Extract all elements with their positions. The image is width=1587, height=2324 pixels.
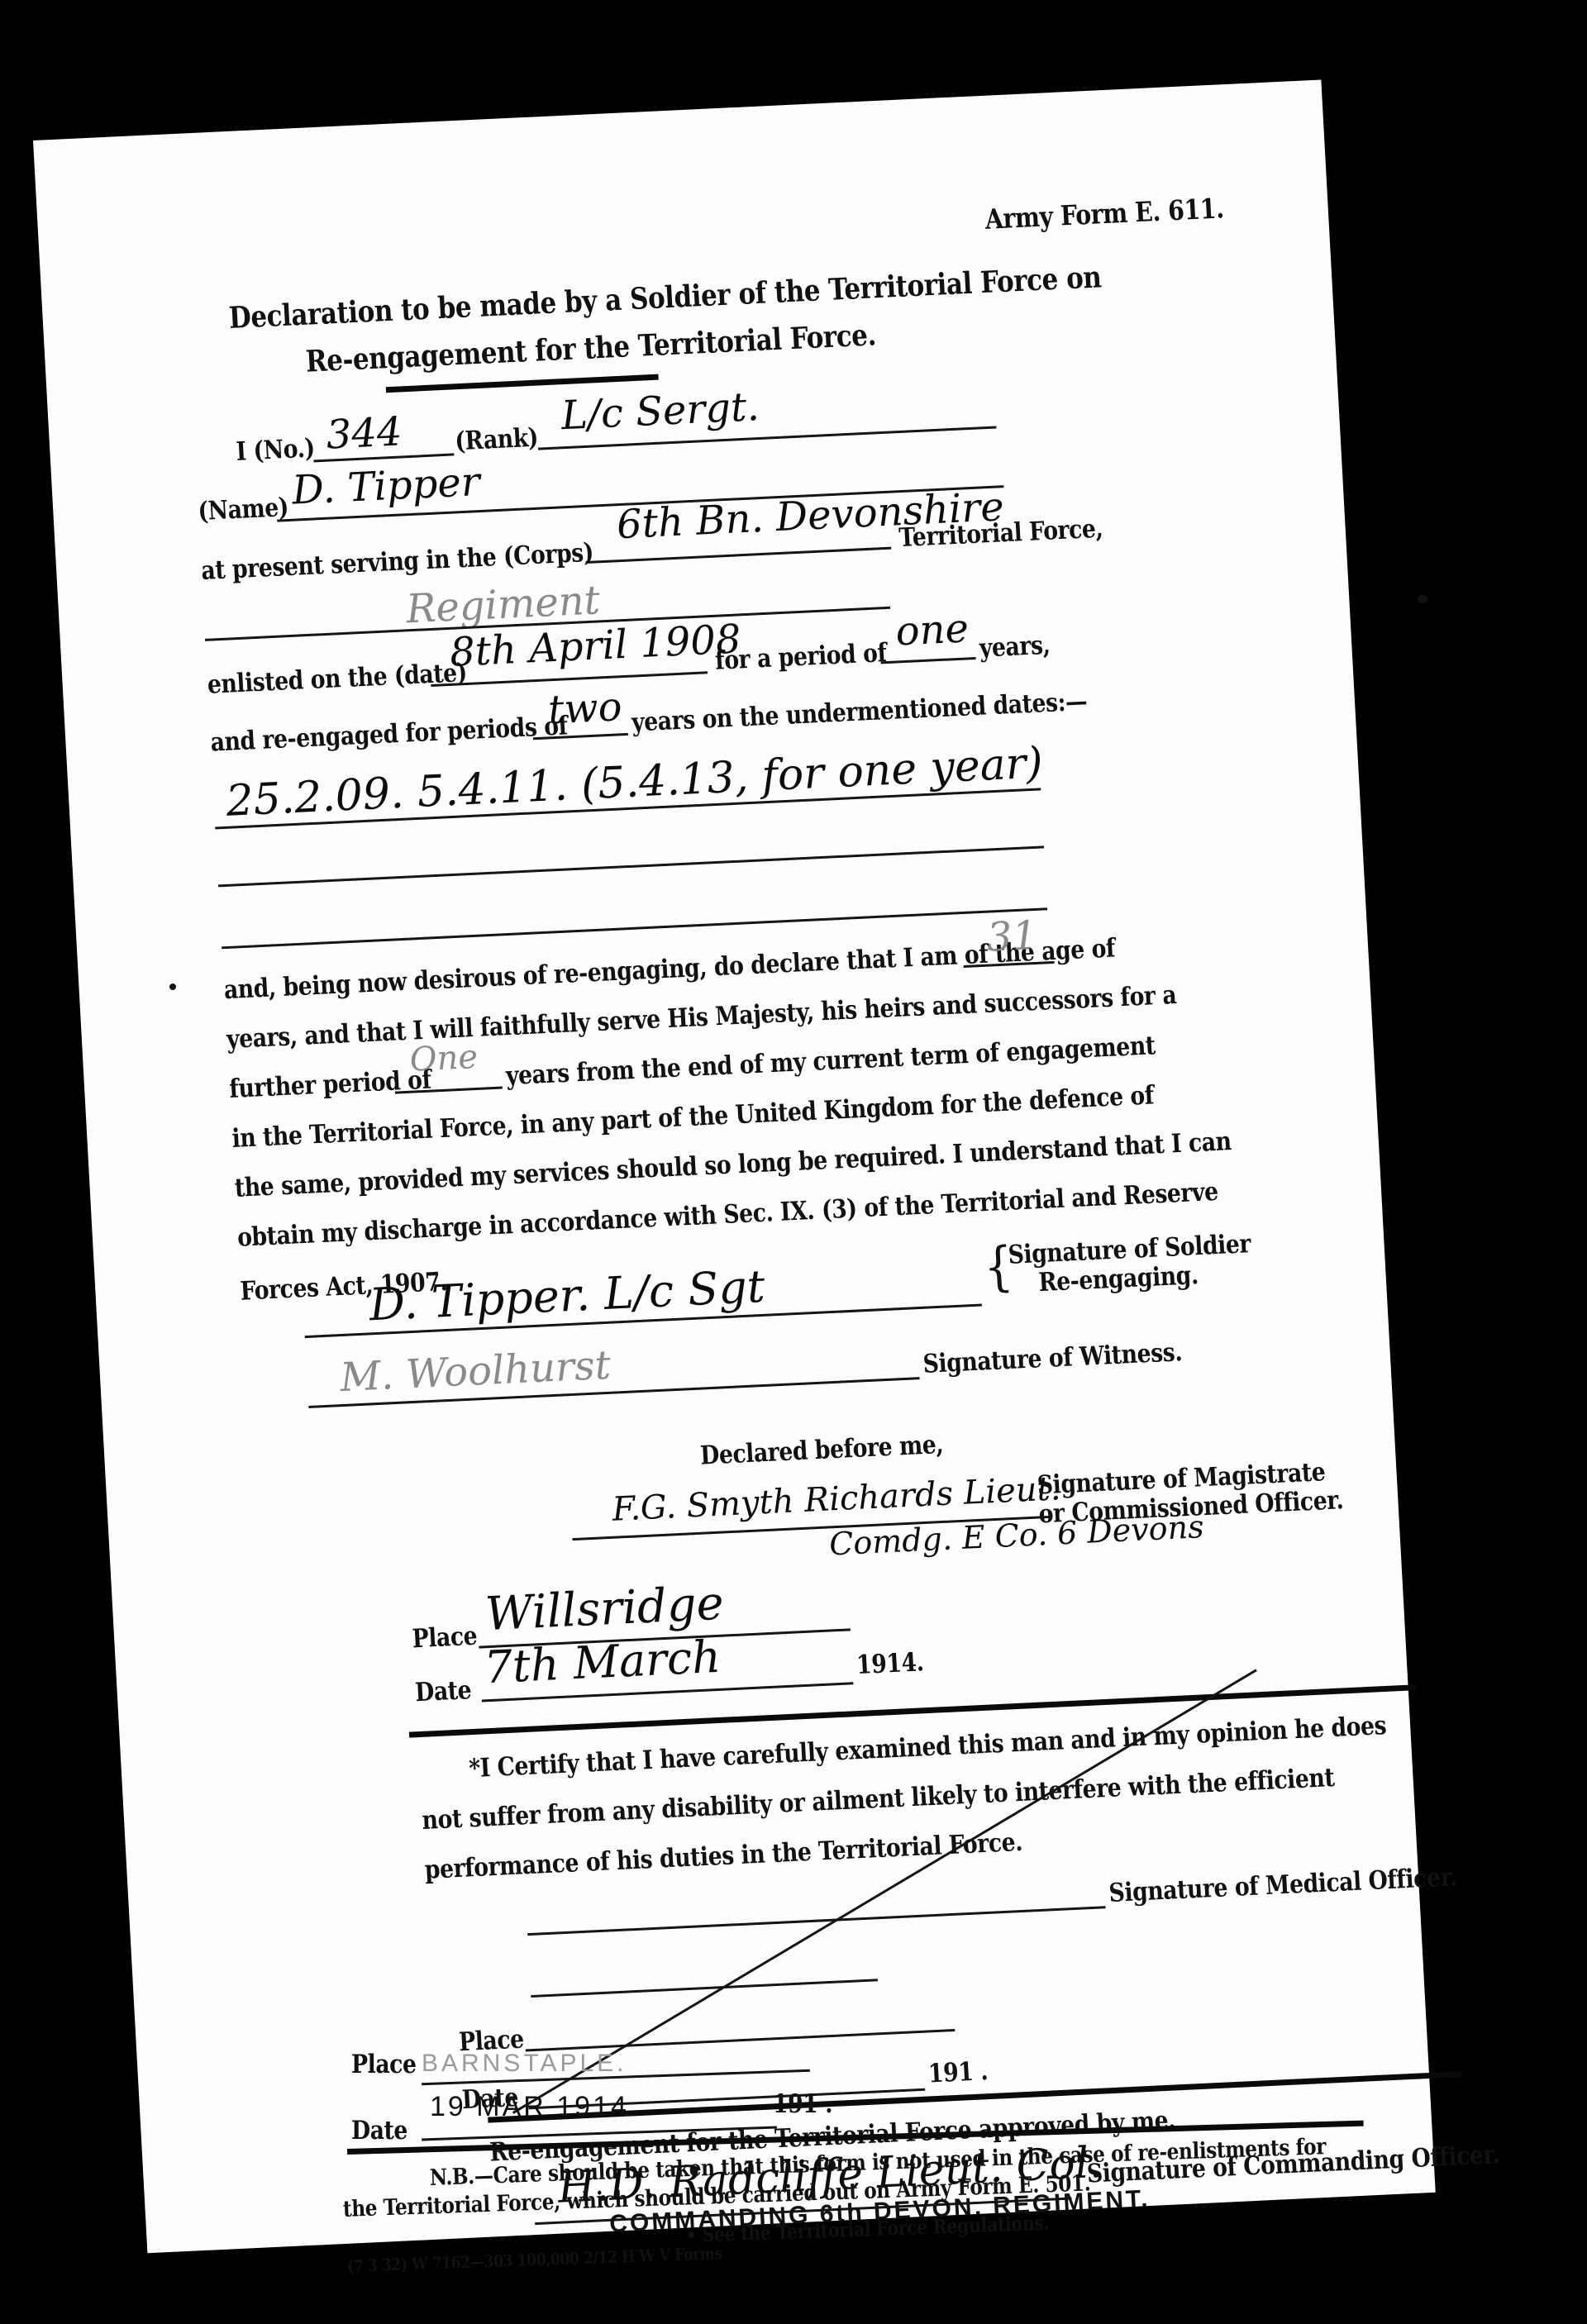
date-year: 1914.: [855, 1647, 924, 1680]
rank-value: L/c Sergt.: [560, 383, 760, 439]
date-label: Date: [414, 1675, 472, 1707]
corps-label: at present serving in the (Corps): [200, 538, 593, 586]
name-value: D. Tipper: [291, 459, 481, 514]
reengaged-label: and re-engaged for periods of: [210, 711, 569, 757]
further-period-value: One: [409, 1038, 479, 1079]
witness-label: Signature of Witness.: [922, 1337, 1183, 1379]
form-page: Army Form E. 611. Declaration to be made…: [33, 80, 1436, 2254]
enlisted-label: enlisted on the (date): [207, 658, 468, 700]
reengagement-dates: 25.2.09. 5.4.11. (5.4.13, for one year): [225, 738, 1044, 826]
medical-signature-label: Signature of Medical Officer.: [1108, 1862, 1458, 1908]
reengaged-suffix: years on the undermentioned dates:—: [631, 687, 1088, 738]
period-value: one: [894, 605, 970, 655]
approval-place-value: BARNSTAPLE.: [422, 2050, 627, 2078]
no-value: 344: [325, 408, 403, 458]
medical-date-year: 191 .: [927, 2056, 989, 2088]
no-label: I (No.): [236, 433, 316, 466]
form-number: Army Form E. 611.: [984, 192, 1225, 236]
declared-before-label: Declared before me,: [699, 1430, 944, 1471]
approval-date-value: 19 MAR 1914: [430, 2091, 629, 2123]
form-title-line1: Declaration to be made by a Soldier of t…: [228, 260, 1103, 336]
approval-date-year: 191 .: [773, 2089, 832, 2119]
ink-speck: [169, 983, 176, 990]
age-value: 31: [985, 912, 1038, 961]
reengaged-value: two: [547, 683, 623, 733]
date-value: 7th March: [483, 1631, 722, 1693]
punch-hole-dot: [1418, 595, 1427, 603]
approval-place-label: Place: [351, 2050, 417, 2079]
soldier-signature-label-2: Re-engaging.: [1038, 1260, 1199, 1298]
witness-signature: M. Woolhurst: [339, 1342, 612, 1401]
place-label: Place: [412, 1622, 478, 1655]
years-label: years,: [979, 631, 1051, 664]
printer-line: (7 3 32) W 7162—303 100,000 2/12 H W V F…: [347, 2243, 723, 2276]
medical-line3: performance of his duties in the Territo…: [424, 1827, 1023, 1885]
declaration-line3-prefix: further period of: [228, 1065, 431, 1104]
name-label: (Name): [198, 493, 289, 526]
declaration-line3-suffix: years from the end of my current term of…: [505, 1031, 1156, 1091]
rank-label: (Rank): [454, 423, 538, 457]
approval-date-label: Date: [351, 2116, 407, 2145]
